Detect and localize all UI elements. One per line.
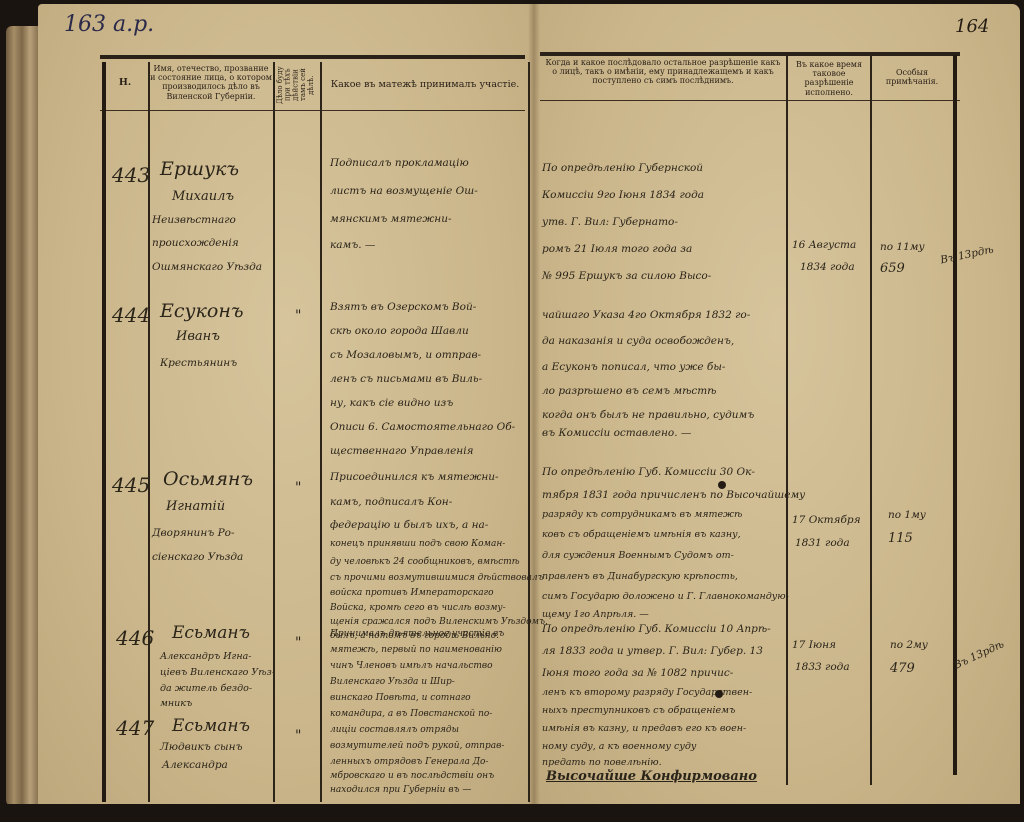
entry-443-resolution-line: ромъ 21 Іюля того года за	[542, 244, 692, 255]
entry-446-participation-line: мбровскаго и въ послѣдствіи онъ	[330, 772, 494, 781]
entry-445-resolution-line: правленъ въ Динабургскую крѣпость,	[542, 572, 738, 582]
entry-444-participation-line: ну, какъ сіе видно изъ	[330, 398, 453, 409]
col-header-case: Дѣло буду при тѣхъ дѣйствіи тамъ сей дѣл…	[277, 62, 317, 108]
entry-445-participation-line: федерацію и былъ ихъ, а на-	[330, 520, 488, 531]
entry-443-name-line: происхожденія	[152, 238, 239, 249]
left-folio-number: 163 a.р.	[64, 12, 154, 37]
entry-443-name-line: Михаилъ	[172, 190, 234, 203]
col-header-name: Имя, отечество, прозвание и состояние ли…	[150, 64, 272, 101]
entry-446-participation-line: Виленскаго Уѣзда и Шир-	[330, 678, 455, 687]
entry-444-resolution-line: чайшаго Указа 4го Октября 1832 го-	[542, 310, 750, 321]
col-header-executed: Въ какое время таковое разрѣшеніе исполн…	[789, 60, 869, 97]
entry-443-ref-label: по 11му	[880, 242, 925, 253]
entry-445-name-line: Игнатій	[166, 500, 225, 513]
entry-446-participation-line: находился при Губерніи въ —	[330, 786, 471, 795]
entry-444-resolution-line: въ Комиссіи оставлено. —	[542, 428, 691, 439]
entry-446-executed-year: 1833 года	[795, 662, 850, 673]
entry-446-participation-line: чинъ Членовъ имѣлъ начальство	[330, 662, 493, 671]
col-divider-5	[786, 55, 788, 785]
left-page	[38, 4, 536, 812]
entry-445-surname: Осьмянъ	[163, 470, 253, 489]
entry-443-participation-line: камъ. —	[330, 240, 375, 251]
entry-445-ditto-mark: "	[295, 480, 301, 496]
entry-443-executed-year: 1834 года	[800, 262, 855, 273]
entry-446-resolution-line: имѣнія въ казну, и предавъ его къ воен-	[542, 724, 746, 734]
entry-445-name-line: сіенскаго Уѣзда	[152, 552, 243, 563]
entry-445-resolution-line: ковъ съ обращеніемъ имѣнія въ казну,	[542, 530, 741, 540]
entry-444-name-line: Иванъ	[176, 330, 220, 343]
entry-447-name-line: Людвикъ сынъ	[160, 742, 243, 753]
entry-445-name-line: Дворянинъ Ро-	[152, 528, 235, 539]
col-divider-4	[528, 62, 530, 802]
entry-444-participation-line: Взятъ въ Озерскомъ Вой-	[330, 302, 476, 313]
entry-445-executed-year: 1831 года	[795, 538, 850, 549]
entry-446-ditto-mark: "	[295, 635, 301, 651]
entry-446-resolution-line: По опредѣленію Губ. Комиссіи 10 Апрѣ-	[542, 624, 771, 635]
col-divider-3	[320, 62, 322, 802]
entry-443-surname: Ершукъ	[160, 160, 239, 179]
entry-445-participation-line: камъ, подписалъ Кон-	[330, 497, 452, 508]
entry-443-number: 443	[112, 165, 150, 185]
entry-443-name-line: Ошмянскаго Уѣзда	[152, 262, 262, 273]
entry-443-resolution-line: № 995 Ершукъ за силою Высо-	[542, 271, 711, 282]
entry-445-participation-line: съ прочими возмутившимися дѣйствовалъ	[330, 574, 544, 583]
col-divider-6	[870, 55, 872, 785]
entry-445-resolution-line: разряду къ сотрудникамъ въ мятежѣ	[542, 510, 742, 520]
entry-446-participation-line: командира, а въ Повстанской по-	[330, 710, 492, 719]
entry-444-resolution-line: ло разрѣшено въ семъ мѣстѣ	[542, 386, 716, 397]
entry-444-resolution-line: когда онъ былъ не правильно, судимъ	[542, 410, 754, 421]
entry-446-name-line: мникъ	[160, 699, 192, 709]
entry-444-participation-line: съ Мозаловымъ, и отправ-	[330, 350, 481, 361]
entry-447-ditto-mark: "	[295, 728, 301, 744]
col-header-resolution: Когда и какое послѣдовало остальное разр…	[542, 58, 784, 86]
entry-446-number: 446	[116, 628, 154, 648]
entry-443-resolution-line: утв. Г. Вил: Губернато-	[542, 217, 678, 228]
col-header-notes: Особыя примѣчанія.	[872, 68, 952, 86]
header-bottom-rule-left	[100, 110, 525, 111]
entry-446-name-line: ціевъ Виленскаго Уѣз-	[160, 668, 275, 678]
col-divider-2	[273, 62, 275, 802]
entry-444-participation-line: скѣ около города Шавли	[330, 326, 469, 337]
entry-445-resolution-line: щему 1го Апрѣля. —	[542, 610, 649, 620]
entry-443-name-line: Неизвѣстнаго	[152, 215, 236, 226]
entry-444-surname: Есуконъ	[160, 302, 244, 321]
entry-445-participation-line: конецъ принявши подъ свою Коман-	[330, 540, 505, 549]
entry-446-surname: Есьманъ	[172, 625, 250, 642]
entry-444-participation-line: щественнаго Управленія	[330, 446, 474, 457]
entry-446-participation-line: мятежѣ, первый по наименованію	[330, 646, 502, 655]
ledger-spread: 163 a.р. 164 Н. Имя, отечество, прозвани…	[0, 0, 1024, 822]
entry-443-executed-date: 16 Августа	[792, 240, 856, 251]
scan-bottom-edge	[0, 804, 1024, 822]
entry-443-participation-line: Подписалъ прокламацію	[330, 158, 469, 169]
header-top-rule-left	[100, 55, 525, 59]
entry-445-number: 445	[112, 475, 150, 495]
entry-446-participation-line: возмутителей подъ рукой, отправ-	[330, 742, 504, 751]
entry-446-name-line: Александръ Игна-	[160, 652, 251, 662]
entry-446-ref-number: 479	[890, 662, 915, 675]
entry-446-participation-line: Принималъ дѣятельное участіе въ	[330, 630, 504, 639]
right-folio-number: 164	[955, 16, 989, 37]
entry-446-name-line: да житель бездо-	[160, 684, 252, 694]
left-border	[102, 62, 106, 802]
entry-443-resolution-line: Комиссіи 9го Іюня 1834 года	[542, 190, 704, 201]
entry-446-participation-line: ленныхъ отрядовъ Генерала До-	[330, 758, 488, 767]
entry-446-confirmation: Высочайше Конфирмовано	[546, 770, 757, 783]
entry-443-participation-line: мянскимъ мятежни-	[330, 214, 452, 225]
entry-446-resolution-line: предать по повелѣнію.	[542, 758, 662, 768]
col-header-number: Н.	[110, 78, 140, 89]
header-bottom-rule-right	[540, 100, 960, 101]
entry-444-number: 444	[112, 305, 150, 325]
header-top-rule-right	[540, 52, 960, 56]
entry-445-resolution-line: симъ Государю доложено и Г. Главнокоманд…	[542, 592, 789, 602]
entry-445-resolution-line: По опредѣленію Губ. Комиссіи 30 Ок-	[542, 467, 755, 478]
entry-446-participation-line: винскаго Повѣта, и сотнаго	[330, 694, 471, 703]
entry-446-resolution-line: ному суду, а къ военному суду	[542, 742, 696, 752]
entry-445-participation-line: щенія сражался подъ Виленскимъ Уѣздомъ,	[330, 618, 548, 627]
entry-444-resolution-line: а Есуконъ пописал, что уже бы-	[542, 362, 725, 373]
entry-445-executed-date: 17 Октября	[792, 515, 861, 526]
entry-445-ref-label: по 1му	[888, 510, 926, 521]
entry-446-participation-line: лиціи составлялъ отряды	[330, 726, 459, 735]
entry-447-name-line: Александра	[162, 760, 228, 771]
entry-445-participation-line: ду человѣкъ 24 сообщниковъ, вмѣстѣ	[330, 558, 520, 567]
entry-445-participation-line: Войска, кромѣ сего въ числѣ возму-	[330, 604, 506, 613]
entry-443-resolution-line: По опредѣленію Губернской	[542, 163, 703, 174]
entry-447-number: 447	[116, 718, 154, 738]
col-header-participation: Какое въ матежѣ принималъ участіе.	[325, 80, 525, 91]
entry-443-ref-number: 659	[880, 262, 905, 275]
ink-blot	[715, 690, 723, 698]
entry-446-ref-label: по 2му	[890, 640, 928, 651]
entry-444-participation-line: ленъ съ письмами въ Виль-	[330, 374, 482, 385]
ink-blot	[718, 481, 726, 489]
entry-444-resolution-line: да наказанія и суда освобожденъ,	[542, 336, 734, 347]
entry-444-participation-line: Описи 6. Самостоятельнаго Об-	[330, 422, 515, 433]
entry-445-resolution-line: для суждения Военнымъ Судомъ от-	[542, 551, 734, 561]
entry-445-ref-number: 115	[888, 532, 913, 545]
entry-444-name-line: Крестьянинъ	[160, 358, 237, 369]
entry-446-resolution-line: ныхъ преступниковъ съ обращеніемъ	[542, 706, 735, 716]
entry-445-resolution-line: тября 1831 года причисленъ по Высочайшем…	[542, 490, 805, 501]
entry-444-ditto-mark: "	[295, 308, 301, 324]
entry-447-surname: Есьманъ	[172, 718, 250, 735]
entry-446-executed-date: 17 Іюня	[792, 640, 836, 651]
entry-446-resolution-line: Іюня того года за № 1082 причис-	[542, 668, 733, 679]
entry-445-participation-line: войска противъ Императорскаго	[330, 589, 494, 598]
entry-445-participation-line: Присоединился къ мятежни-	[330, 472, 499, 483]
entry-446-resolution-line: ля 1833 года и утвер. Г. Вил: Губер. 13	[542, 646, 763, 657]
entry-443-participation-line: листъ на возмущеніе Ош-	[330, 186, 478, 197]
